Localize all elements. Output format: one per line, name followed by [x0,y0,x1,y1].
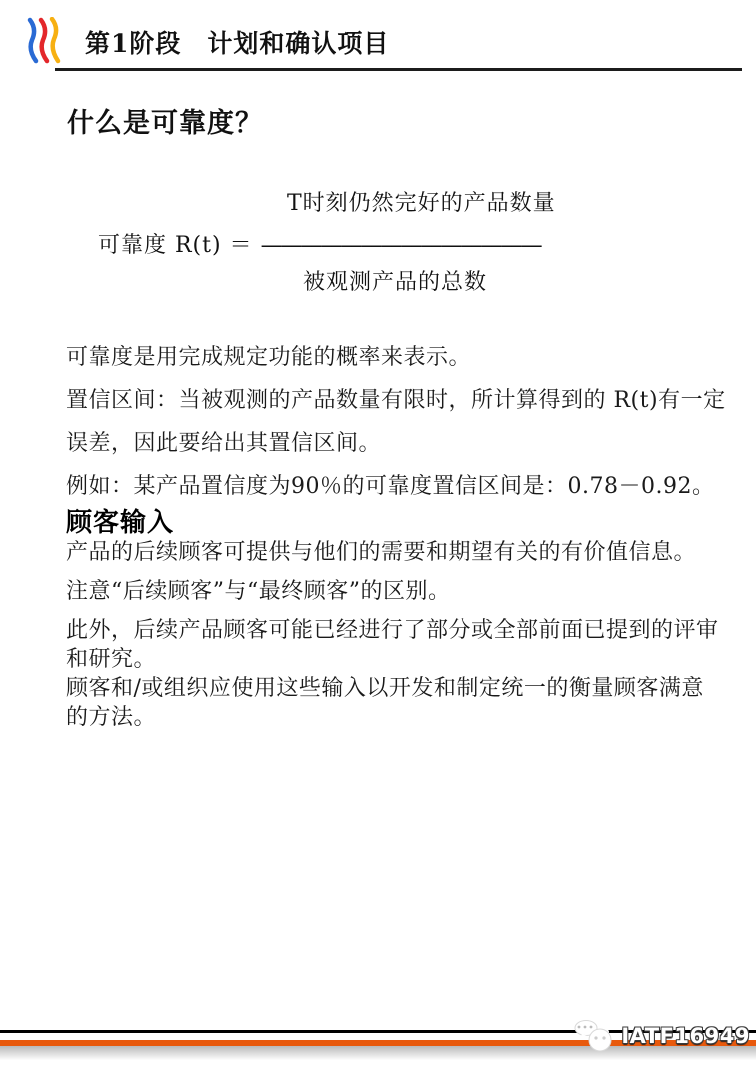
paragraph: 例如：某产品置信度为90％的可靠度置信区间是：0.78－0.92。 [66,465,726,508]
formula-denominator: 被观测产品的总数 [303,265,487,296]
paragraph: 此外，后续产品顾客可能已经进行了部分或全部前面已提到的评审和研究。 [66,616,726,674]
triple-wave-logo [27,17,63,65]
chat-bubble-mascot-icon [573,1019,619,1053]
formula-numerator: T时刻仍然完好的产品数量 [287,186,556,217]
paragraph: 注意“后续顾客”与“最终顾客”的区别。 [66,577,726,606]
subheading-customer-input: 顾客输入 [66,508,726,538]
paragraph: 可靠度是用完成规定功能的概率来表示。 [66,336,726,379]
paragraph: 置信区间：当被观测的产品数量有限时，所计算得到的 R(t)有一定误差，因此要给出… [66,379,726,465]
body-text: 可靠度是用完成规定功能的概率来表示。 置信区间：当被观测的产品数量有限时，所计算… [66,336,726,732]
section-title: 什么是可靠度？ [67,101,263,140]
paragraph: 产品的后续顾客可提供与他们的需要和期望有关的有价值信息。 [66,538,726,567]
paragraph: 顾客和/或组织应使用这些输入以开发和制定统一的衡量顾客满意的方法。 [66,674,726,732]
formula-fraction-bar: —————————————— [261,233,541,258]
formula-lhs-row: 可靠度 R(t) ＝ —————————————— [98,228,541,259]
slide-page: 第1阶段 计划和确认项目 什么是可靠度？ T时刻仍然完好的产品数量 可靠度 R(… [0,0,756,1070]
footer-brand: IATF16949 [573,1019,750,1053]
formula-lhs: 可靠度 R(t) ＝ [98,233,261,258]
footer-brand-text: IATF16949 [621,1024,750,1048]
page-header-title: 第1阶段 计划和确认项目 [85,24,389,60]
header-rule [55,68,742,71]
